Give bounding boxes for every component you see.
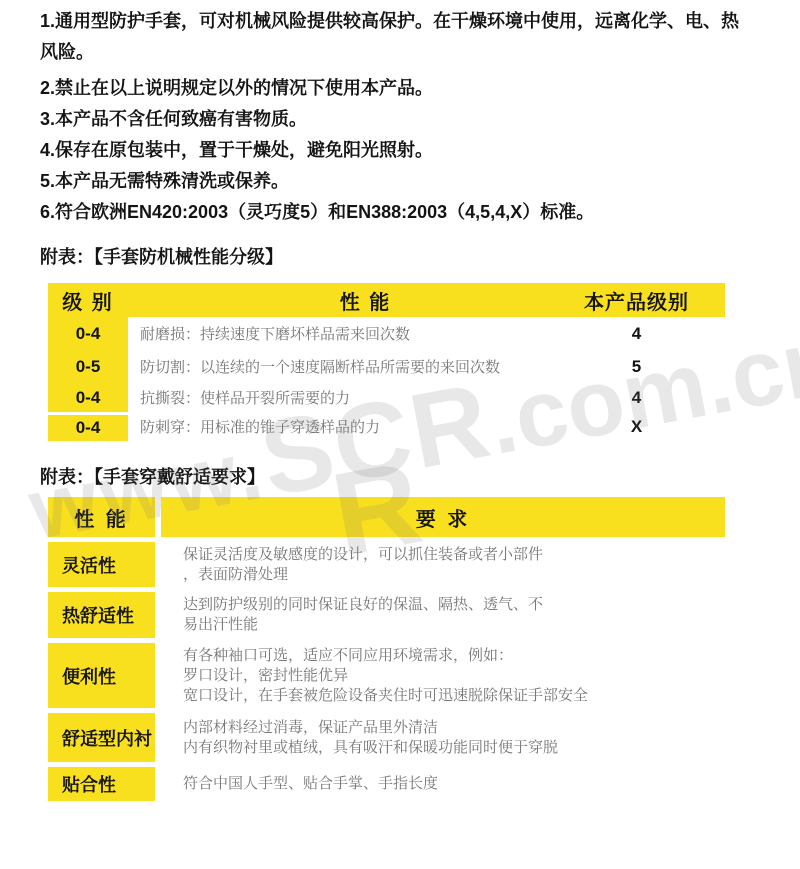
t2-row5-requirement: 符合中国人手型、贴合手掌、手指长度: [161, 767, 725, 801]
t2-header-performance: 性 能: [48, 497, 155, 537]
t2-row4-requirement: 内部材料经过消毒，保证产品里外清洁 内有织物衬里或植绒，具有吸汗和保暖功能同时便…: [161, 713, 725, 762]
comfort-table-title: 附表：【手套穿戴舒适要求】: [40, 463, 265, 489]
t2-row1-label: 灵活性: [48, 542, 155, 587]
note-item-1: 1.通用型防护手套，可对机械风险提供较高保护。在干燥环境中使用，远离化学、电、热…: [40, 6, 772, 68]
usage-notes-list: 1.通用型防护手套，可对机械风险提供较高保护。在干燥环境中使用，远离化学、电、热…: [40, 6, 772, 228]
note-item-4: 4.保存在原包装中，置于干燥处，避免阳光照射。: [40, 135, 772, 166]
t1-row2-level: 5: [548, 350, 725, 383]
mechanical-grading-table-title: 附表：【手套防机械性能分级】: [40, 243, 283, 269]
t1-row1-desc: 耐磨损：持续速度下磨坏样品需来回次数: [128, 317, 548, 350]
t2-row3-requirement: 有各种袖口可选，适应不同应用环境需求，例如： 罗口设计，密封性能优异 宽口设计，…: [161, 643, 725, 708]
t2-row3-label: 便利性: [48, 643, 155, 708]
note-item-6: 6.符合欧洲EN420:2003（灵巧度5）和EN388:2003（4,5,4,…: [40, 197, 772, 228]
t1-row2-desc: 防切割：以连续的一个速度隔断样品所需要的来回次数: [128, 350, 548, 383]
t1-header-product-level: 本产品级别: [548, 283, 725, 317]
comfort-requirements-table: 性 能 要 求 灵活性 保证灵活度及敏感度的设计，可以抓住装备或者小部件 ，表面…: [48, 497, 725, 801]
t1-row2-grade: 0-5: [48, 350, 128, 383]
t1-row4-level: X: [548, 412, 725, 441]
t1-row4-desc: 防刺穿：用标准的锥子穿透样品的力: [128, 412, 548, 441]
mechanical-grading-table: 级 别 性 能 本产品级别 0-4 耐磨损：持续速度下磨坏样品需来回次数 4 0…: [48, 283, 725, 441]
t1-header-grade: 级 别: [48, 283, 128, 317]
t2-row5-label: 贴合性: [48, 767, 155, 801]
note-item-5: 5.本产品无需特殊清洗或保养。: [40, 166, 772, 197]
t2-header-requirement: 要 求: [161, 497, 725, 537]
t1-row1-level: 4: [548, 317, 725, 350]
t1-header-performance: 性 能: [128, 283, 548, 317]
note-item-3: 3.本产品不含任何致癌有害物质。: [40, 104, 772, 135]
t2-row2-requirement: 达到防护级别的同时保证良好的保温、隔热、透气、不 易出汗性能: [161, 592, 725, 638]
t1-row4-grade: 0-4: [48, 412, 128, 441]
t1-row1-grade: 0-4: [48, 317, 128, 350]
t1-row3-grade: 0-4: [48, 383, 128, 412]
t2-row2-label: 热舒适性: [48, 592, 155, 638]
product-spec-page: www.SCR.com.cn R 1.通用型防护手套，可对机械风险提供较高保护。…: [0, 0, 800, 869]
t1-row3-level: 4: [548, 383, 725, 412]
t2-row1-requirement: 保证灵活度及敏感度的设计，可以抓住装备或者小部件 ，表面防滑处理: [161, 542, 725, 587]
note-item-2: 2.禁止在以上说明规定以外的情况下使用本产品。: [40, 73, 772, 104]
t2-row4-label: 舒适型内衬: [48, 713, 155, 762]
t1-row3-desc: 抗撕裂：使样品开裂所需要的力: [128, 383, 548, 412]
